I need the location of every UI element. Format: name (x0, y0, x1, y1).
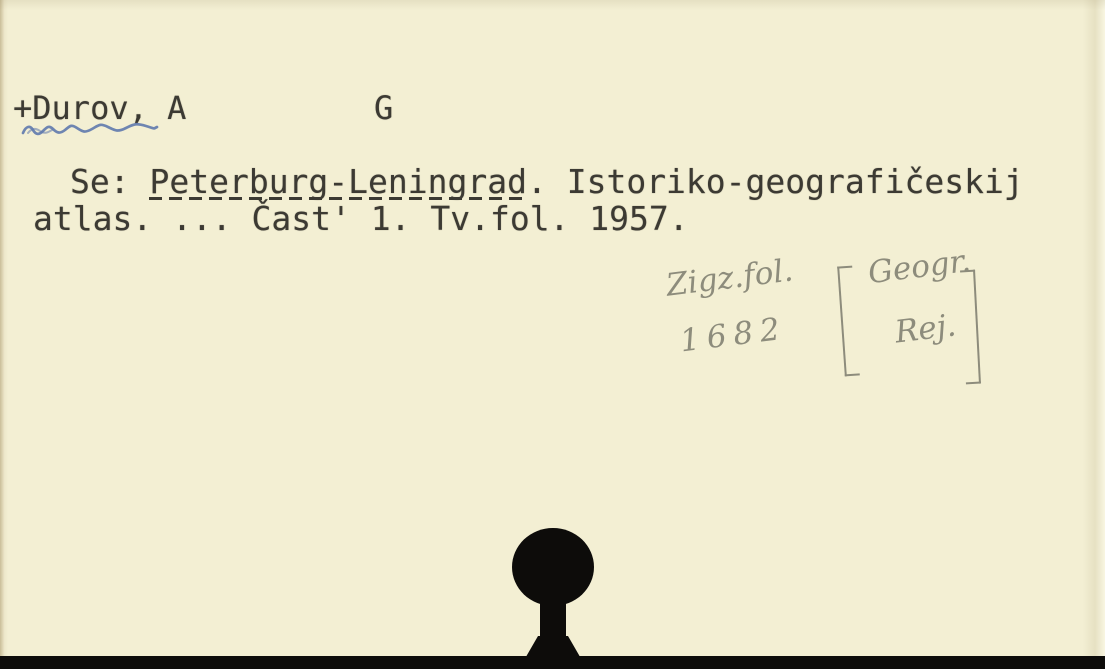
handwritten-bracket-bottom: Rej. (893, 310, 957, 348)
handwritten-open-bracket (837, 266, 860, 377)
reference-line-2: atlas. ... Čast' 1. Tv.fol. 1957. (33, 200, 689, 237)
reference-prefix: Se: (70, 162, 149, 201)
catalog-card: +Durov, A G Se: Peterburg-Leningrad. Ist… (0, 0, 1105, 669)
bottom-scan-bar (0, 656, 1105, 669)
handwritten-shelf-number: 1682 (679, 314, 789, 358)
hole-punch (498, 520, 618, 669)
reference-line-1: Se: Peterburg-Leningrad. Istoriko-geogra… (70, 163, 1024, 200)
reference-after-title: . Istoriko-geografičeskij (527, 162, 1024, 201)
blue-wavy-underline-mark (20, 119, 160, 141)
card-top-edge (0, 0, 1105, 10)
card-left-edge (0, 0, 8, 669)
reference-title-underlined: Peterburg-Leningrad (149, 162, 527, 201)
handwritten-bracket-top: Geogr. (866, 246, 972, 289)
card-right-edge (1083, 0, 1105, 669)
handwritten-format-note: Zigz.fol. (665, 255, 795, 301)
handwritten-close-bracket (960, 270, 981, 385)
classification-letter: G (374, 90, 393, 127)
